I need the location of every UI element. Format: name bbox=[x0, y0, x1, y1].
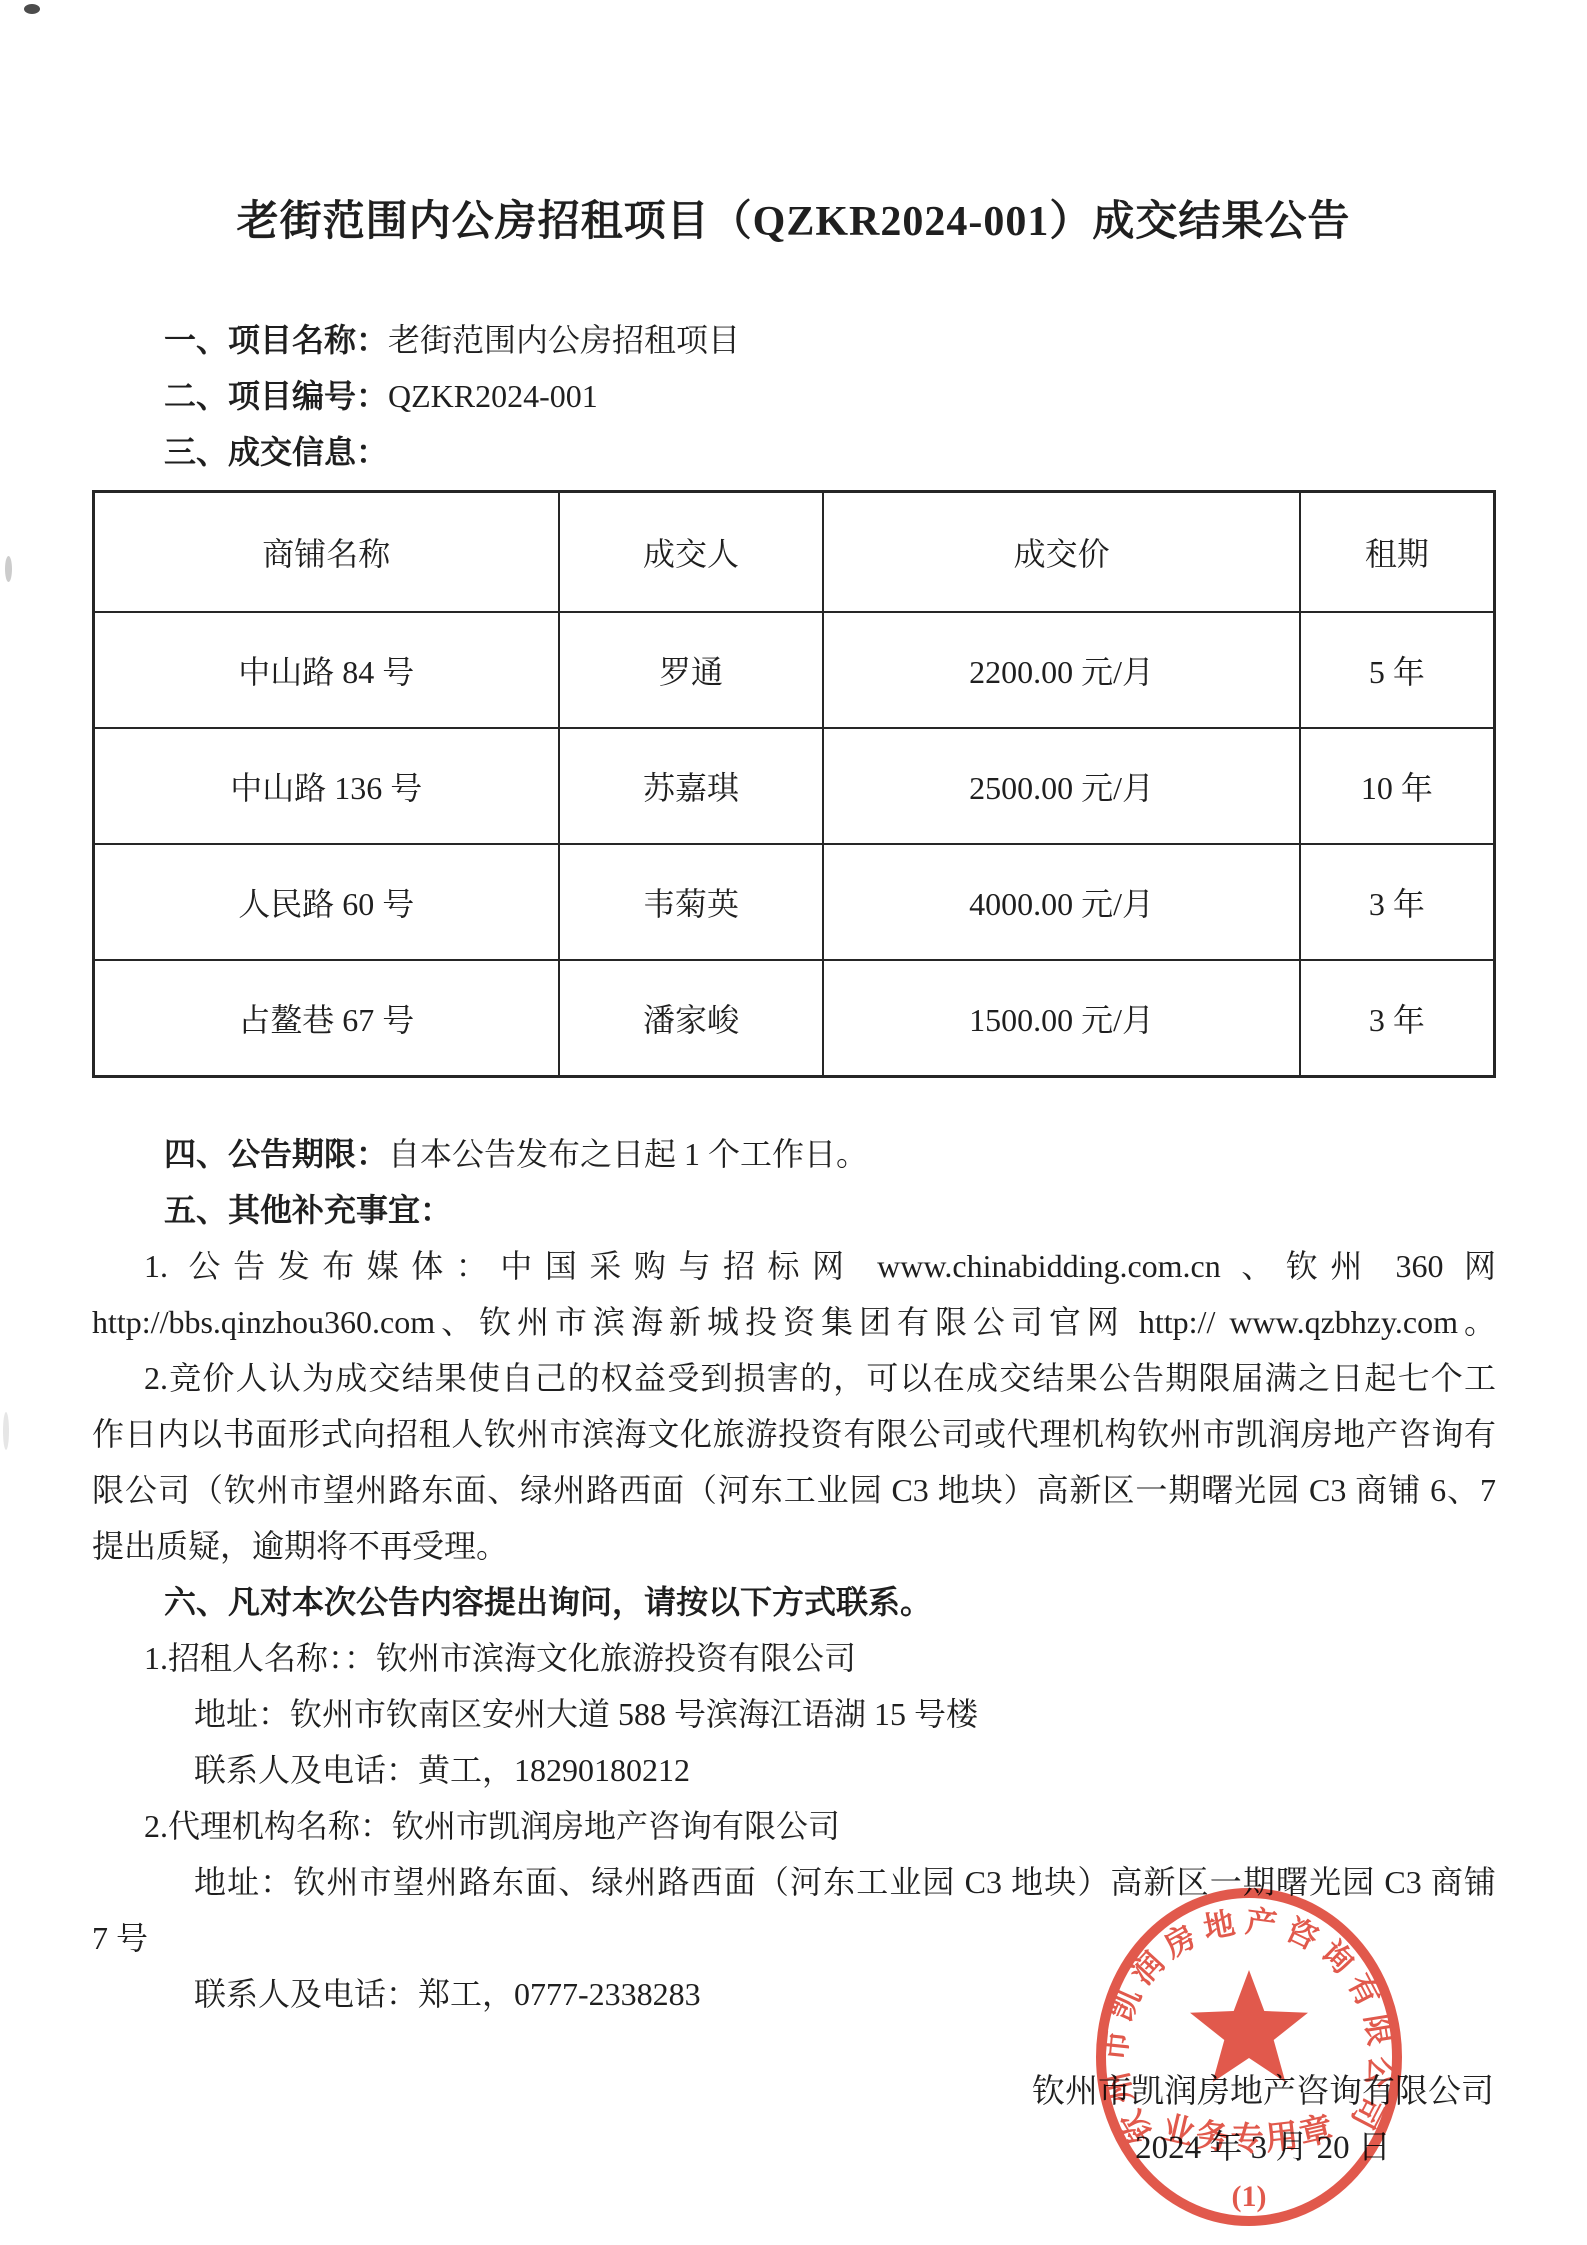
cell-term: 10 年 bbox=[1300, 728, 1495, 844]
note-media-line-2: http://bbs.qinzhou360.com、钦州市滨海新城投资集团有限公… bbox=[92, 1294, 1496, 1350]
cell-term: 5 年 bbox=[1300, 612, 1495, 728]
section-project-name-label: 一、项目名称： bbox=[164, 322, 388, 358]
seal-number: (1) bbox=[1232, 2180, 1267, 2213]
column-header-shop-name: 商铺名称 bbox=[94, 492, 559, 613]
cell-shop-name: 占鳌巷 67 号 bbox=[94, 960, 559, 1077]
agency-name: 2.代理机构名称：钦州市凯润房地产咨询有限公司 bbox=[92, 1798, 1496, 1854]
announcement-document: 老街范围内公房招租项目（QZKR2024-001）成交结果公告 一、项目名称：老… bbox=[0, 0, 1587, 2245]
section-contact-intro: 六、凡对本次公告内容提出询问，请按以下方式联系。 bbox=[92, 1574, 1496, 1630]
section-announcement-period: 四、公告期限：自本公告发布之日起 1 个工作日。 bbox=[92, 1126, 1496, 1182]
note-objection-line-4: 提出质疑，逾期将不再受理。 bbox=[92, 1518, 1496, 1574]
section-other-matters: 五、其他补充事宜： bbox=[92, 1182, 1496, 1238]
table-row: 占鳌巷 67 号 潘家峻 1500.00 元/月 3 年 bbox=[94, 960, 1495, 1077]
column-header-price: 成交价 bbox=[823, 492, 1299, 613]
cell-price: 1500.00 元/月 bbox=[823, 960, 1299, 1077]
cell-term: 3 年 bbox=[1300, 844, 1495, 960]
page-title: 老街范围内公房招租项目（QZKR2024-001）成交结果公告 bbox=[0, 188, 1587, 248]
cell-winner: 韦菊英 bbox=[559, 844, 824, 960]
scan-speck bbox=[3, 1412, 9, 1450]
scan-speck bbox=[5, 556, 12, 582]
table-header-row: 商铺名称 成交人 成交价 租期 bbox=[94, 492, 1495, 613]
cell-shop-name: 中山路 84 号 bbox=[94, 612, 559, 728]
cell-shop-name: 人民路 60 号 bbox=[94, 844, 559, 960]
cell-winner: 潘家峻 bbox=[559, 960, 824, 1077]
column-header-term: 租期 bbox=[1300, 492, 1495, 613]
section-deal-info: 三、成交信息： bbox=[92, 424, 1496, 480]
seal-inner-text: 业务专用章 bbox=[1158, 2109, 1339, 2158]
table-row: 人民路 60 号 韦菊英 4000.00 元/月 3 年 bbox=[94, 844, 1495, 960]
cell-price: 2200.00 元/月 bbox=[823, 612, 1299, 728]
note-media-line-1: 1. 公告发布媒体：中国采购与招标网 www.chinabidding.com.… bbox=[92, 1238, 1496, 1294]
deal-result-table: 商铺名称 成交人 成交价 租期 中山路 84 号 罗通 2200.00 元/月 … bbox=[92, 490, 1496, 1078]
section-project-number: 二、项目编号：QZKR2024-001 bbox=[92, 368, 1496, 424]
section-other-matters-label: 五、其他补充事宜： bbox=[164, 1192, 452, 1228]
cell-shop-name: 中山路 136 号 bbox=[94, 728, 559, 844]
note-objection-line-3: 限公司（钦州市望州路东面、绿州路西面（河东工业园 C3 地块）高新区一期曙光园 … bbox=[92, 1462, 1496, 1518]
table-row: 中山路 84 号 罗通 2200.00 元/月 5 年 bbox=[94, 612, 1495, 728]
cell-winner: 罗通 bbox=[559, 612, 824, 728]
section-project-number-label: 二、项目编号： bbox=[164, 378, 388, 414]
column-header-winner: 成交人 bbox=[559, 492, 824, 613]
section-project-name: 一、项目名称：老街范围内公房招租项目 bbox=[92, 312, 1496, 368]
lessor-contact-phone: 联系人及电话：黄工，18290180212 bbox=[92, 1742, 1496, 1798]
seal-star-icon bbox=[1190, 1970, 1308, 2082]
scan-speck bbox=[24, 4, 40, 14]
section-announcement-period-value: 自本公告发布之日起 1 个工作日。 bbox=[388, 1136, 868, 1172]
section-deal-info-label: 三、成交信息： bbox=[164, 434, 388, 470]
cell-price: 4000.00 元/月 bbox=[823, 844, 1299, 960]
section-project-number-value: QZKR2024-001 bbox=[388, 378, 598, 414]
cell-term: 3 年 bbox=[1300, 960, 1495, 1077]
note-objection-line-2: 作日内以书面形式向招租人钦州市滨海文化旅游投资有限公司或代理机构钦州市凯润房地产… bbox=[92, 1406, 1496, 1462]
cell-price: 2500.00 元/月 bbox=[823, 728, 1299, 844]
cell-winner: 苏嘉琪 bbox=[559, 728, 824, 844]
company-seal-stamp: 钦州市凯润房地产咨询有限公司 业务专用章 (1) bbox=[1092, 1884, 1408, 2234]
section-project-name-value: 老街范围内公房招租项目 bbox=[388, 322, 740, 358]
table-row: 中山路 136 号 苏嘉琪 2500.00 元/月 10 年 bbox=[94, 728, 1495, 844]
section-announcement-period-label: 四、公告期限： bbox=[164, 1136, 388, 1172]
note-objection-line-1: 2.竞价人认为成交结果使自己的权益受到损害的，可以在成交结果公告期限届满之日起七… bbox=[92, 1350, 1496, 1406]
lessor-address: 地址：钦州市钦南区安州大道 588 号滨海江语湖 15 号楼 bbox=[92, 1686, 1496, 1742]
document-body: 一、项目名称：老街范围内公房招租项目 二、项目编号：QZKR2024-001 三… bbox=[92, 312, 1496, 2022]
lessor-name: 1.招租人名称：：钦州市滨海文化旅游投资有限公司 bbox=[92, 1630, 1496, 1686]
